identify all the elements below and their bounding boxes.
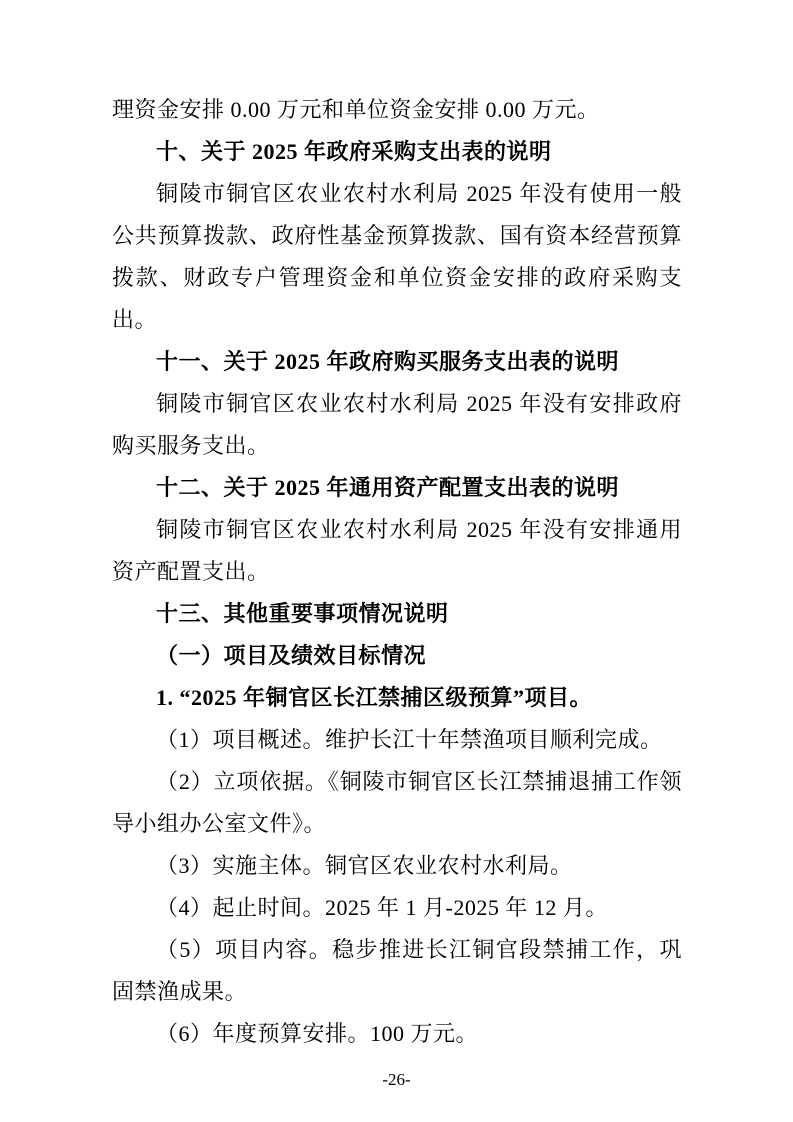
- paragraph: 铜陵市铜官区农业农村水利局 2025 年没有安排通用资产配置支出。: [112, 509, 682, 593]
- section-heading: 十三、其他重要事项情况说明: [112, 593, 682, 635]
- page-number: -26-: [0, 1066, 793, 1094]
- paragraph: （6）年度预算安排。100 万元。: [112, 1013, 682, 1055]
- paragraph: 铜陵市铜官区农业农村水利局 2025 年没有安排政府购买服务支出。: [112, 383, 682, 467]
- section-heading: 十一、关于 2025 年政府购买服务支出表的说明: [112, 341, 682, 383]
- section-heading: 十、关于 2025 年政府采购支出表的说明: [112, 131, 682, 173]
- section-heading: 十二、关于 2025 年通用资产配置支出表的说明: [112, 467, 682, 509]
- document-body: 理资金安排 0.00 万元和单位资金安排 0.00 万元。十、关于 2025 年…: [112, 89, 682, 1055]
- paragraph: 理资金安排 0.00 万元和单位资金安排 0.00 万元。: [112, 89, 682, 131]
- paragraph: （1）项目概述。维护长江十年禁渔项目顺利完成。: [112, 719, 682, 761]
- paragraph: 铜陵市铜官区农业农村水利局 2025 年没有使用一般公共预算拨款、政府性基金预算…: [112, 173, 682, 341]
- section-heading: 1. “2025 年铜官区长江禁捕区级预算”项目。: [112, 677, 682, 719]
- paragraph: （2）立项依据。《铜陵市铜官区长江禁捕退捕工作领导小组办公室文件》。: [112, 761, 682, 845]
- document-page: 理资金安排 0.00 万元和单位资金安排 0.00 万元。十、关于 2025 年…: [0, 0, 793, 1122]
- paragraph: （5）项目内容。稳步推进长江铜官段禁捕工作，巩固禁渔成果。: [112, 929, 682, 1013]
- paragraph: （3）实施主体。铜官区农业农村水利局。: [112, 845, 682, 887]
- section-heading: （一）项目及绩效目标情况: [112, 635, 682, 677]
- paragraph: （4）起止时间。2025 年 1 月-2025 年 12 月。: [112, 887, 682, 929]
